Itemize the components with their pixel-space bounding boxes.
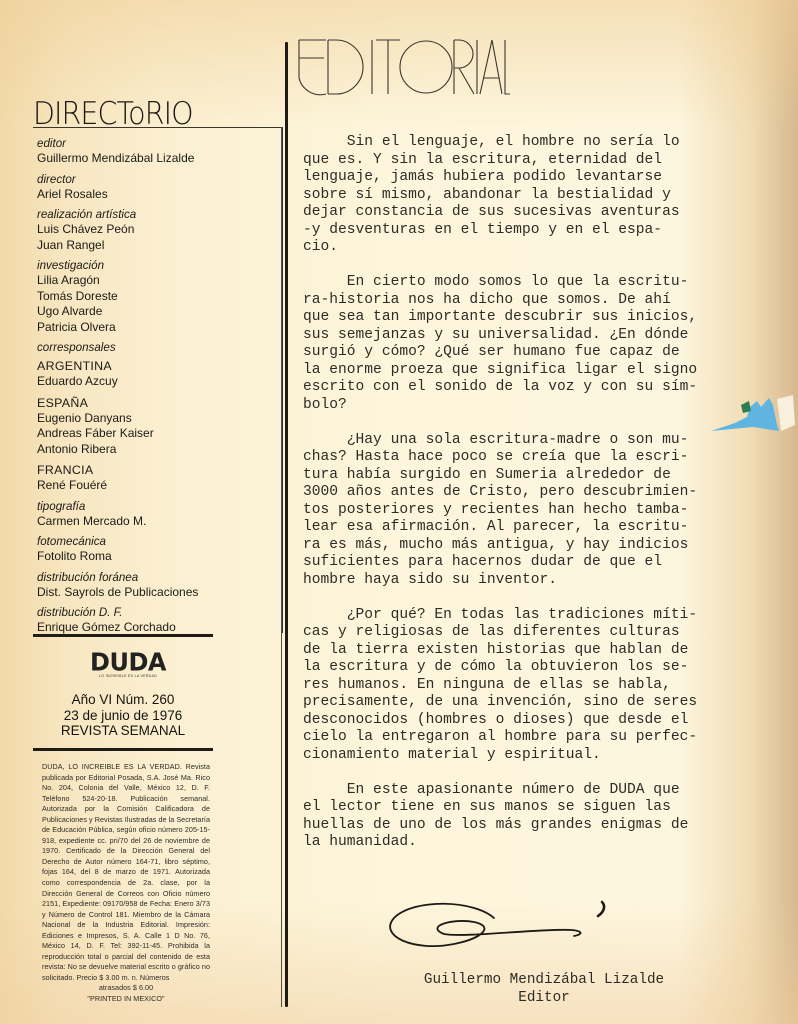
directory-name: Tomás Doreste — [37, 289, 277, 305]
legal-notice: DUDA, LO INCREIBLE ES LA VERDAD. Revista… — [42, 762, 210, 1005]
directory-name: Ariel Rosales — [37, 187, 277, 203]
directory-role: realización artística — [37, 208, 277, 222]
directory-group: realización artísticaLuis Chávez PeónJua… — [37, 208, 277, 253]
signature-name: Guillermo Mendizábal Lizalde — [399, 971, 689, 989]
editorial-paragraph: En cierto modo somos lo que la escritu- … — [303, 274, 753, 414]
signature-block: Guillermo Mendizábal Lizalde Editor — [399, 971, 689, 1007]
directory-role: distribución D. F. — [37, 606, 277, 620]
back-issues-price: atrasados $ 6.00 — [42, 983, 210, 994]
directory-name: Fotolito Roma — [37, 549, 277, 565]
printed-in: "PRINTED IN MEXICO" — [42, 994, 210, 1005]
legal-text: DUDA, LO INCREIBLE ES LA VERDAD. Revista… — [42, 762, 210, 982]
directory-group: fotomecánicaFotolito Roma — [37, 535, 277, 565]
directory-list: editorGuillermo Mendizábal Lizaldedirect… — [37, 137, 277, 642]
directory-name: Juan Rangel — [37, 238, 277, 254]
directory-name: Antonio Ribera — [37, 442, 277, 458]
directory-role: director — [37, 173, 277, 187]
divider-rule — [33, 634, 213, 637]
column-rule — [285, 42, 288, 1007]
directory-group: distribución foráneaDist. Sayrols de Pub… — [37, 571, 277, 601]
directory-name: Lilia Aragón — [37, 273, 277, 289]
issue-frequency: REVISTA SEMANAL — [33, 723, 213, 739]
signature-role: Editor — [399, 989, 689, 1007]
directory-role: tipografía — [37, 500, 277, 514]
directory-name: René Fouéré — [37, 478, 277, 494]
editorial-title-lettering: EDITORIAL — [296, 38, 511, 96]
directory-group: investigaciónLilia AragónTomás DoresteUg… — [37, 259, 277, 335]
directory-name: Ugo Alvarde — [37, 304, 277, 320]
editorial-title: EDITORIAL — [296, 38, 511, 101]
editorial-body: Sin el lenguaje, el hombre no sería lo q… — [303, 134, 753, 869]
directory-group: ESPAÑAEugenio DanyansAndreas Fáber Kaise… — [37, 396, 277, 458]
issue-date: 23 de junio de 1976 — [33, 708, 213, 724]
directory-role: fotomecánica — [37, 535, 277, 549]
directory-name: Dist. Sayrols de Publicaciones — [37, 585, 277, 601]
directory-group: FRANCIARené Fouéré — [37, 463, 277, 494]
directory-role: distribución foránea — [37, 571, 277, 585]
directory-country: ESPAÑA — [37, 396, 277, 411]
directory-country: FRANCIA — [37, 463, 277, 478]
directory-name: Andreas Fáber Kaiser — [37, 426, 277, 442]
issue-number: Año VI Núm. 260 — [33, 692, 213, 708]
issue-info: Año VI Núm. 260 23 de junio de 1976 REVI… — [33, 692, 213, 739]
directory-role: corresponsales — [37, 341, 277, 355]
directory-group: distribución D. F.Enrique Gómez Corchado — [37, 606, 277, 636]
editorial-paragraph: ¿Por qué? En todas las tradiciones míti-… — [303, 607, 753, 765]
directory-name: Guillermo Mendizábal Lizalde — [37, 151, 277, 167]
directory-role: investigación — [37, 259, 277, 273]
directory-group: editorGuillermo Mendizábal Lizalde — [37, 137, 277, 167]
directory-group: corresponsales — [37, 341, 277, 355]
directory-country: ARGENTINA — [37, 359, 277, 374]
directory-group: tipografíaCarmen Mercado M. — [37, 500, 277, 530]
directory-name: Luis Chávez Peón — [37, 222, 277, 238]
directory-role: editor — [37, 137, 277, 151]
directory-group: ARGENTINAEduardo Azcuy — [37, 359, 277, 390]
logo-wordmark: DUDA — [88, 649, 168, 674]
editorial-paragraph: Sin el lenguaje, el hombre no sería lo q… — [303, 134, 753, 257]
ink-stain — [705, 395, 797, 445]
directory-name: Carmen Mercado M. — [37, 514, 277, 530]
editorial-paragraph: En este apasionante número de DUDA que e… — [303, 782, 753, 852]
directory-name: Eduardo Azcuy — [37, 374, 277, 390]
directory-name: Patricia Olvera — [37, 320, 277, 336]
divider-rule — [33, 748, 213, 751]
editorial-paragraph: ¿Hay una sola escritura-madre o son mu- … — [303, 432, 753, 590]
column-rule-thin — [281, 127, 282, 1007]
editor-signature — [384, 890, 644, 960]
directory-group: directorAriel Rosales — [37, 173, 277, 203]
directory-name: Eugenio Danyans — [37, 411, 277, 427]
duda-logo: DUDA LO INCREIBLE ES LA VERDAD — [88, 650, 168, 679]
